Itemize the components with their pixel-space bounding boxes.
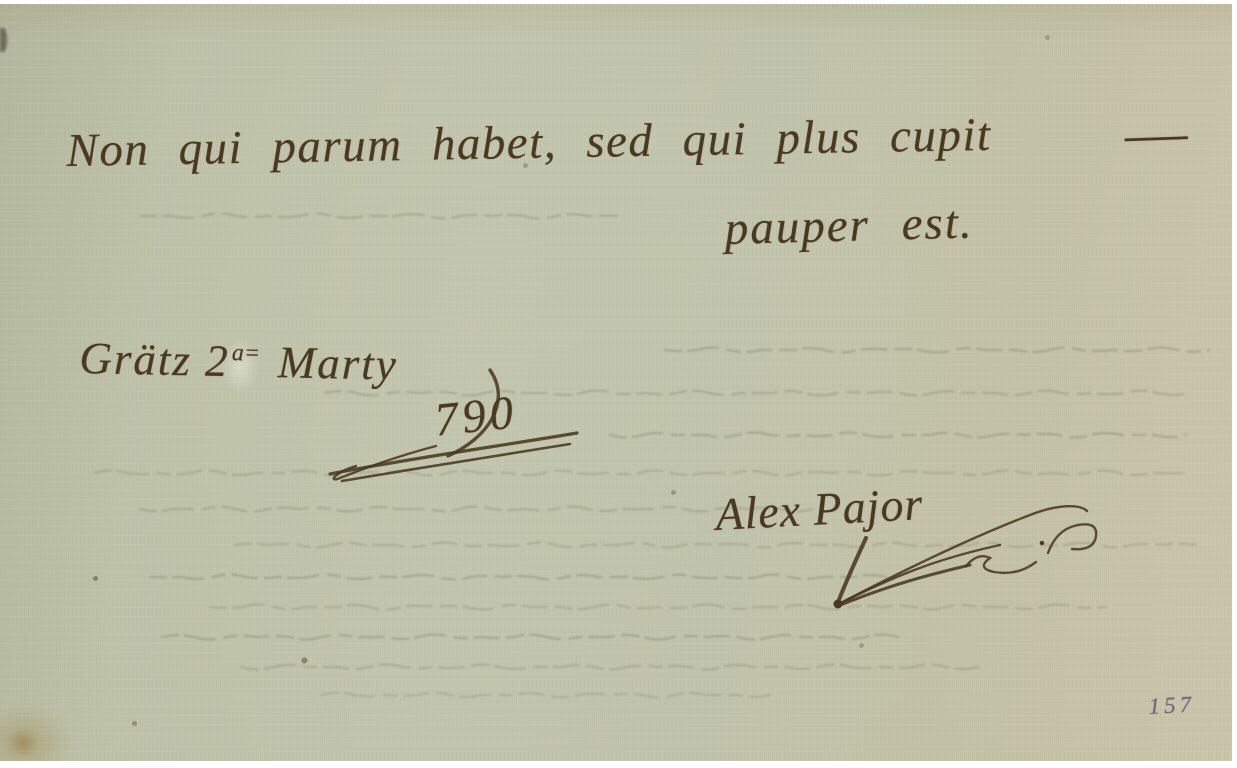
- signature-flourish: [834, 506, 1097, 608]
- page-number: 157: [1148, 692, 1196, 720]
- ink-flourishes: [0, 4, 1232, 761]
- year-underline-flourish: [330, 433, 577, 481]
- paper-page: Non qui parum habet, sed qui plus cupit …: [0, 4, 1232, 761]
- marty-tail-flourish: [448, 370, 498, 456]
